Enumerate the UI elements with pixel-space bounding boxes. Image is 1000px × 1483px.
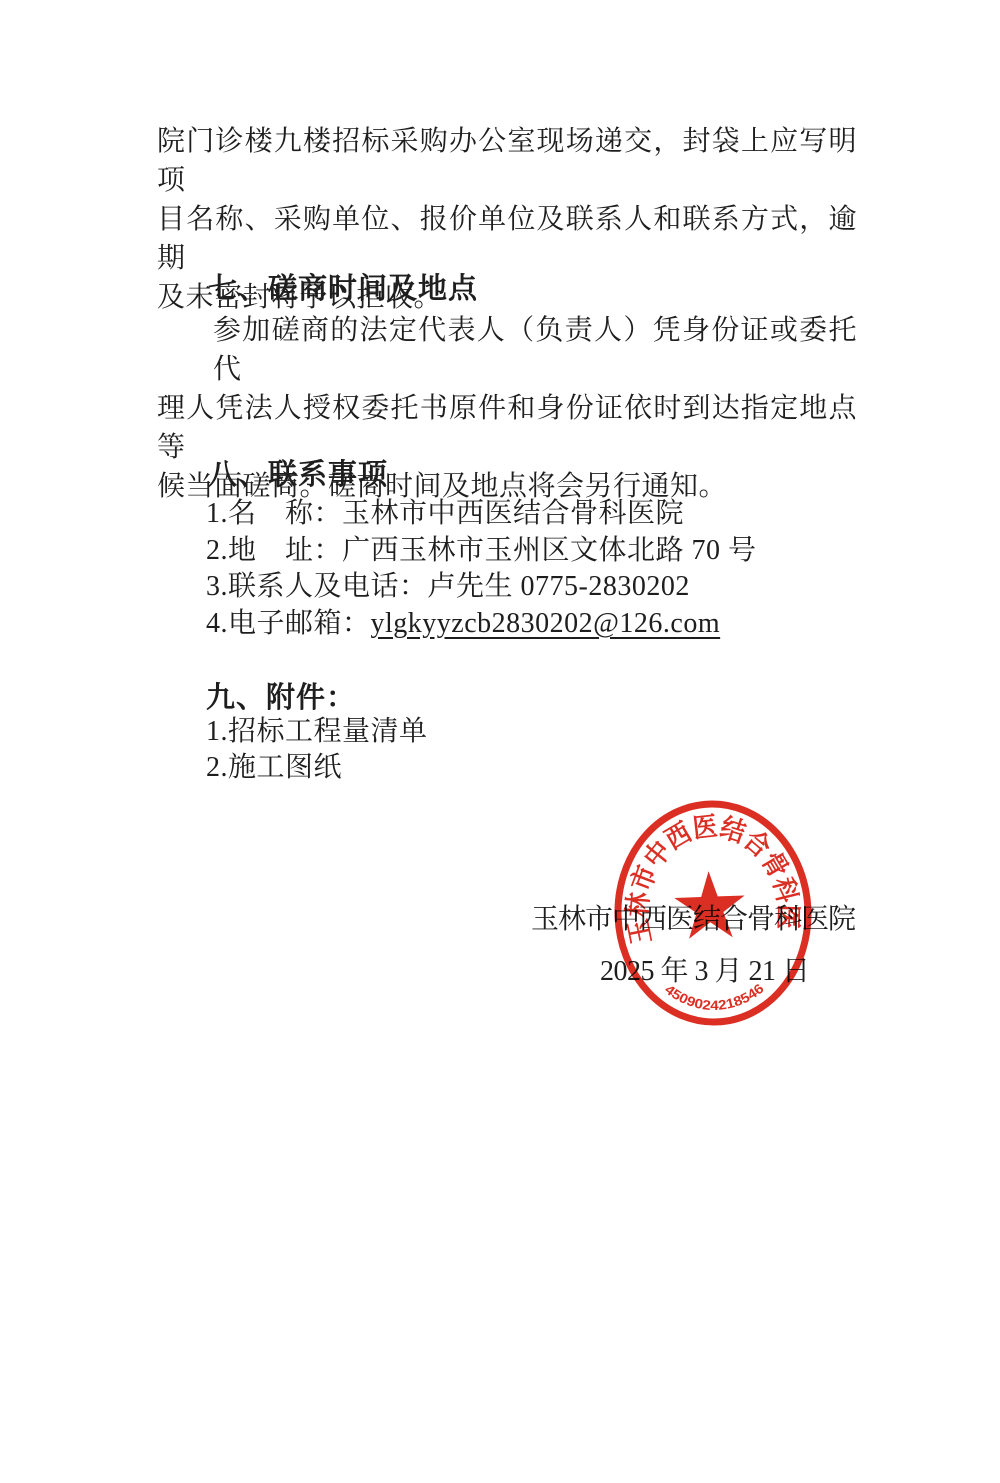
contact-name: 1.名 称：玉林市中西医结合骨科医院	[206, 496, 866, 533]
contact-address: 2.地 址：广西玉林市玉州区文体北路 70 号	[206, 533, 866, 570]
official-seal: 玉林市中西医结合骨科医院 4509024218546	[599, 789, 827, 1037]
contact-email: ylgkyyzcb2830202@126.com	[371, 608, 721, 639]
paragraph-line: 院门诊楼九楼招标采购办公室现场递交，封袋上应写明项	[157, 122, 857, 200]
section8-contact-list: 1.名 称：玉林市中西医结合骨科医院 2.地 址：广西玉林市玉州区文体北路 70…	[206, 496, 866, 642]
paragraph-line: 理人凭法人授权委托书原件和身份证依时到达指定地点等	[157, 389, 857, 467]
attachment-item: 2.施工图纸	[206, 750, 706, 786]
seal-graphic: 玉林市中西医结合骨科医院 4509024218546	[599, 789, 827, 1037]
paragraph-line: 目名称、采购单位、报价单位及联系人和联系方式，逾期	[157, 200, 857, 278]
section9-attachment-list: 1.招标工程量清单 2.施工图纸	[206, 714, 706, 785]
section9-heading: 九、附件：	[206, 681, 356, 715]
contact-phone: 3.联系人及电话：卢先生 0775-2830202	[206, 569, 866, 606]
seal-star	[673, 870, 746, 939]
contact-email-label: 4.电子邮箱：	[206, 608, 371, 639]
paragraph-line: 参加磋商的法定代表人（负责人）凭身份证或委托代	[157, 311, 857, 389]
attachment-item: 1.招标工程量清单	[206, 714, 706, 750]
section7-heading: 七、磋商时间及地点	[208, 272, 478, 306]
contact-email-line: 4.电子邮箱：ylgkyyzcb2830202@126.com	[206, 606, 866, 643]
document-page: 院门诊楼九楼招标采购办公室现场递交，封袋上应写明项 目名称、采购单位、报价单位及…	[0, 0, 1000, 1483]
section8-heading: 八、联系事项	[208, 458, 388, 492]
